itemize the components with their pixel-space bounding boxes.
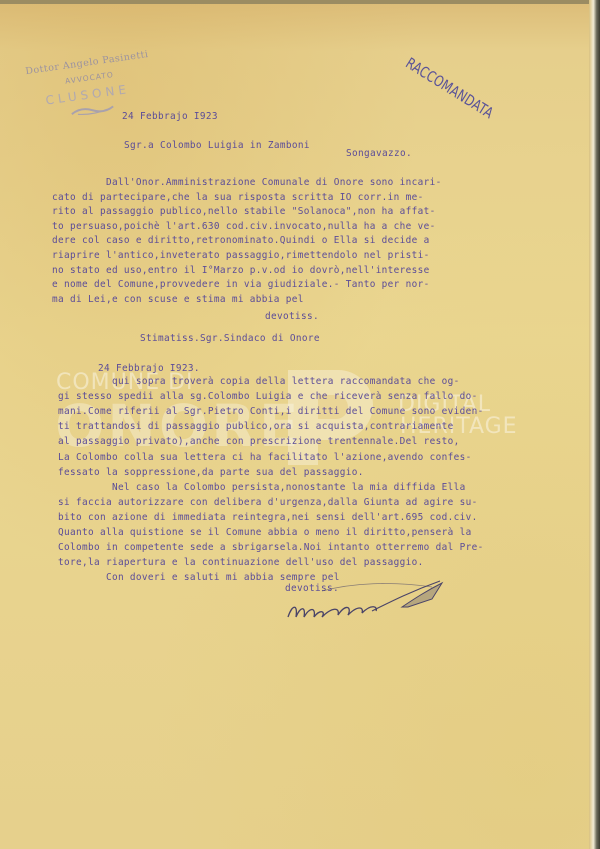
letter2-body-line: Nel caso la Colombo persista,nonostante … <box>58 482 466 495</box>
letter2-date: 24 Febbrajo I923. <box>98 363 200 376</box>
letter2-body-line: fessato la soppressione,da parte sua del… <box>58 467 364 480</box>
letter1-recipient: Sgr.a Colombo Luigia in Zamboni <box>124 140 310 153</box>
letter1-body-line: rito al passaggio publico,nello stabile … <box>52 206 436 219</box>
letter1-body-line: Dall'Onor.Amministrazione Comunale di On… <box>52 177 442 190</box>
letter2-body-line: Colombo in competente sede a sbrigarsela… <box>58 542 484 555</box>
letter1-body-line: riaprire l'antico,inveterato passaggio,r… <box>52 250 430 263</box>
stamp-lawyer-role: AVVOCATO <box>65 70 115 86</box>
letter1-date: 24 Febbrajo I923 <box>122 111 218 124</box>
letter2-body-line: La Colombo colla sua lettera ci ha facil… <box>58 452 472 465</box>
letter1-body-line: e nome del Comune,provvedere in via giud… <box>52 279 430 292</box>
letter2-body-line: Quanto alla quistione se il Comune abbia… <box>58 527 472 540</box>
scan-right-edge <box>589 0 600 849</box>
letter2-body-line: si faccia autorizzare con delibera d'urg… <box>58 497 478 510</box>
letter2-body-line: mani.Come riferii al Sgr.Pietro Conti,i … <box>58 406 484 419</box>
letter2-body-line: tore,la riapertura e la continuazione de… <box>58 557 424 570</box>
letter2-recipient: Stimatiss.Sgr.Sindaco di Onore <box>140 333 320 346</box>
stamp-flourish-icon <box>69 102 116 118</box>
letter1-body-line: cato di partecipare,che la sua risposta … <box>52 192 424 205</box>
letter1-body-line: to persuaso,poichè l'art.630 cod.civ.inv… <box>52 221 436 234</box>
letter2-body-line: qui sopra troverà copia della lettera ra… <box>58 376 460 389</box>
letter1-closing: devotiss. <box>265 311 319 324</box>
stamp-lawyer-city: CLUSONE <box>45 82 131 108</box>
letter2-body-line: al passaggio privato),anche con prescriz… <box>58 436 460 449</box>
scan-top-edge <box>0 0 589 4</box>
letter2-body-line: bito con azione di immediata reintegra,n… <box>58 512 478 525</box>
letter1-body-line: ma di Lei,e con scuse e stima mi abbia p… <box>52 294 304 307</box>
letter1-place: Songavazzo. <box>346 148 412 161</box>
letter2-body-line: gi stesso spedii alla sg.Colombo Luigia … <box>58 391 478 404</box>
signature-icon <box>282 577 452 625</box>
letter2-body-line: ti trattandosi di passaggio publico,ora … <box>58 421 454 434</box>
letter1-body-line: no stato ed uso,entro il I°Marzo p.v.od … <box>52 265 430 278</box>
letter1-body-line: dere col caso e diritto,retronominato.Qu… <box>52 235 430 248</box>
